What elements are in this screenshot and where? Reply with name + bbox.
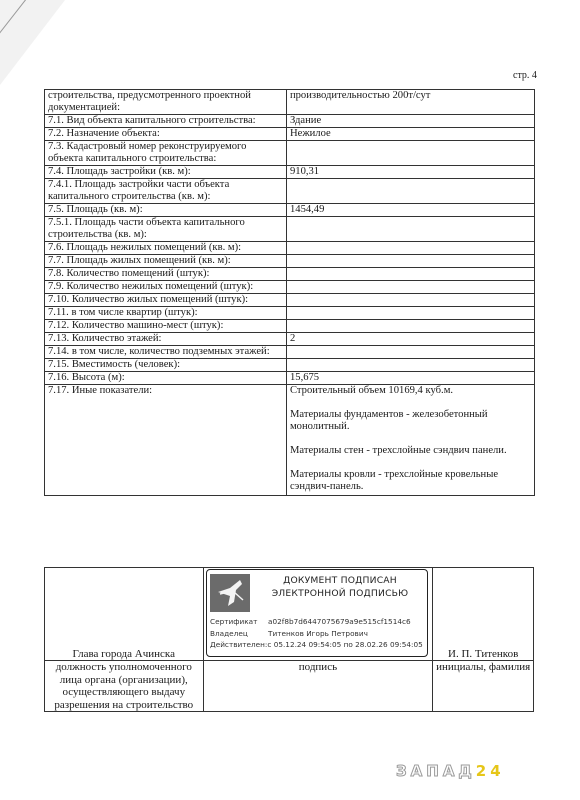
table-row: 7.5.1. Площадь части объекта капитальног… [45, 217, 535, 242]
parameter-value [286, 141, 534, 166]
parameter-value: 15,675 [286, 372, 534, 385]
parameter-label: 7.5.1. Площадь части объекта капитальног… [45, 217, 287, 242]
value-text: Материалы кровли - трехслойные кровельны… [290, 469, 531, 493]
value-text: Здание [290, 115, 321, 126]
e-signature-stamp: ДОКУМЕНТ ПОДПИСАН ЭЛЕКТРОННОЙ ПОДПИСЬЮ С… [206, 569, 428, 657]
parameter-label: 7.1. Вид объекта капитального строительс… [45, 115, 287, 128]
parameter-value [286, 359, 534, 372]
parameter-value [286, 179, 534, 204]
table-row: 7.4.1. Площадь застройки части объекта к… [45, 179, 535, 204]
table-row: 7.17. Иные показатели:Строительный объем… [45, 385, 535, 496]
table-row: 7.3. Кадастровый номер реконструируемого… [45, 141, 535, 166]
parameter-label: 7.11. в том числе квартир (штук): [45, 307, 287, 320]
parameter-label: 7.9. Количество нежилых помещений (штук)… [45, 281, 287, 294]
watermark-logo: ЗАПАД24 [396, 762, 505, 780]
building-parameters-table: строительства, предусмотренного проектно… [44, 89, 535, 496]
certificate-row: Сертификатa02f8b7d6447075679a9e515cf1514… [210, 616, 423, 628]
value-text: производительностью 200т/сут [290, 90, 430, 101]
parameter-value [286, 320, 534, 333]
stamp-title: ДОКУМЕНТ ПОДПИСАН ЭЛЕКТРОННОЙ ПОДПИСЬЮ [255, 574, 425, 600]
parameter-value: 910,31 [286, 166, 534, 179]
parameter-label: 7.14. в том числе, количество подземных … [45, 346, 287, 359]
table-row: 7.9. Количество нежилых помещений (штук)… [45, 281, 535, 294]
table-row: 7.2. Назначение объекта:Нежилое [45, 128, 535, 141]
parameter-value: производительностью 200т/сут [286, 90, 534, 115]
validity-row: Действителен:с 05.12.24 09:54:05 по 28.0… [210, 639, 423, 651]
parameter-value [286, 255, 534, 268]
parameter-label: 7.15. Вместимость (человек): [45, 359, 287, 372]
parameter-label: 7.2. Назначение объекта: [45, 128, 287, 141]
parameter-value [286, 217, 534, 242]
signature-caption: подпись [203, 661, 433, 712]
parameter-label: 7.17. Иные показатели: [45, 385, 287, 496]
position-cell: Глава города Ачинска [45, 568, 204, 661]
parameter-value: Здание [286, 115, 534, 128]
parameter-label: 7.16. Высота (м): [45, 372, 287, 385]
parameter-value [286, 242, 534, 255]
value-text: Нежилое [290, 128, 331, 139]
table-row: 7.1. Вид объекта капитального строительс… [45, 115, 535, 128]
stamp-details: Сертификатa02f8b7d6447075679a9e515cf1514… [210, 616, 423, 651]
table-row: 7.12. Количество машино-мест (штук): [45, 320, 535, 333]
table-row: 7.5. Площадь (кв. м):1454,49 [45, 204, 535, 217]
table-row: 7.15. Вместимость (человек): [45, 359, 535, 372]
value-text: Материалы фундаментов - железобетонный м… [290, 409, 531, 433]
value-text: Материалы стен - трехслойные сэндвич пан… [290, 445, 531, 457]
value-text: 2 [290, 333, 295, 344]
value-text: 15,675 [290, 372, 319, 383]
table-row: 7.10. Количество жилых помещений (штук): [45, 294, 535, 307]
table-row: 7.11. в том числе квартир (штук): [45, 307, 535, 320]
table-row: 7.16. Высота (м):15,675 [45, 372, 535, 385]
parameter-label: 7.13. Количество этажей: [45, 333, 287, 346]
page-corner-fold [0, 0, 65, 85]
owner-row: ВладелецТитенков Игорь Петрович [210, 628, 423, 640]
value-text: 910,31 [290, 166, 319, 177]
table-row: 7.6. Площадь нежилых помещений (кв. м): [45, 242, 535, 255]
parameter-label: 7.4. Площадь застройки (кв. м): [45, 166, 287, 179]
parameter-value: 2 [286, 333, 534, 346]
parameter-value: Строительный объем 10169,4 куб.м.Материа… [286, 385, 534, 496]
parameter-label: 7.7. Площадь жилых помещений (кв. м): [45, 255, 287, 268]
parameter-label: 7.10. Количество жилых помещений (штук): [45, 294, 287, 307]
parameter-value [286, 346, 534, 359]
parameter-label: строительства, предусмотренного проектно… [45, 90, 287, 115]
table-row: 7.14. в том числе, количество подземных … [45, 346, 535, 359]
parameter-value [286, 294, 534, 307]
table-row: 7.4. Площадь застройки (кв. м):910,31 [45, 166, 535, 179]
table-row: строительства, предусмотренного проектно… [45, 90, 535, 115]
table-row: 7.8. Количество помещений (штук): [45, 268, 535, 281]
value-text: 1454,49 [290, 204, 324, 215]
parameter-value: 1454,49 [286, 204, 534, 217]
caption-row: должность уполномоченного лица органа (о… [45, 661, 534, 712]
parameter-label: 7.6. Площадь нежилых помещений (кв. м): [45, 242, 287, 255]
name-caption: инициалы, фамилия [433, 661, 534, 712]
name-cell: И. П. Титенков [433, 568, 534, 661]
position-caption: должность уполномоченного лица органа (о… [45, 661, 204, 712]
page-number: стр. 4 [513, 70, 537, 81]
city-coat-of-arms-icon [210, 574, 250, 612]
parameter-label: 7.8. Количество помещений (штук): [45, 268, 287, 281]
parameter-label: 7.12. Количество машино-мест (штук): [45, 320, 287, 333]
parameter-value [286, 307, 534, 320]
parameter-label: 7.3. Кадастровый номер реконструируемого… [45, 141, 287, 166]
parameter-label: 7.5. Площадь (кв. м): [45, 204, 287, 217]
parameter-value [286, 268, 534, 281]
parameter-label: 7.4.1. Площадь застройки части объекта к… [45, 179, 287, 204]
value-text: Строительный объем 10169,4 куб.м. [290, 385, 531, 397]
table-row: 7.13. Количество этажей:2 [45, 333, 535, 346]
parameter-value: Нежилое [286, 128, 534, 141]
table-row: 7.7. Площадь жилых помещений (кв. м): [45, 255, 535, 268]
parameter-value [286, 281, 534, 294]
